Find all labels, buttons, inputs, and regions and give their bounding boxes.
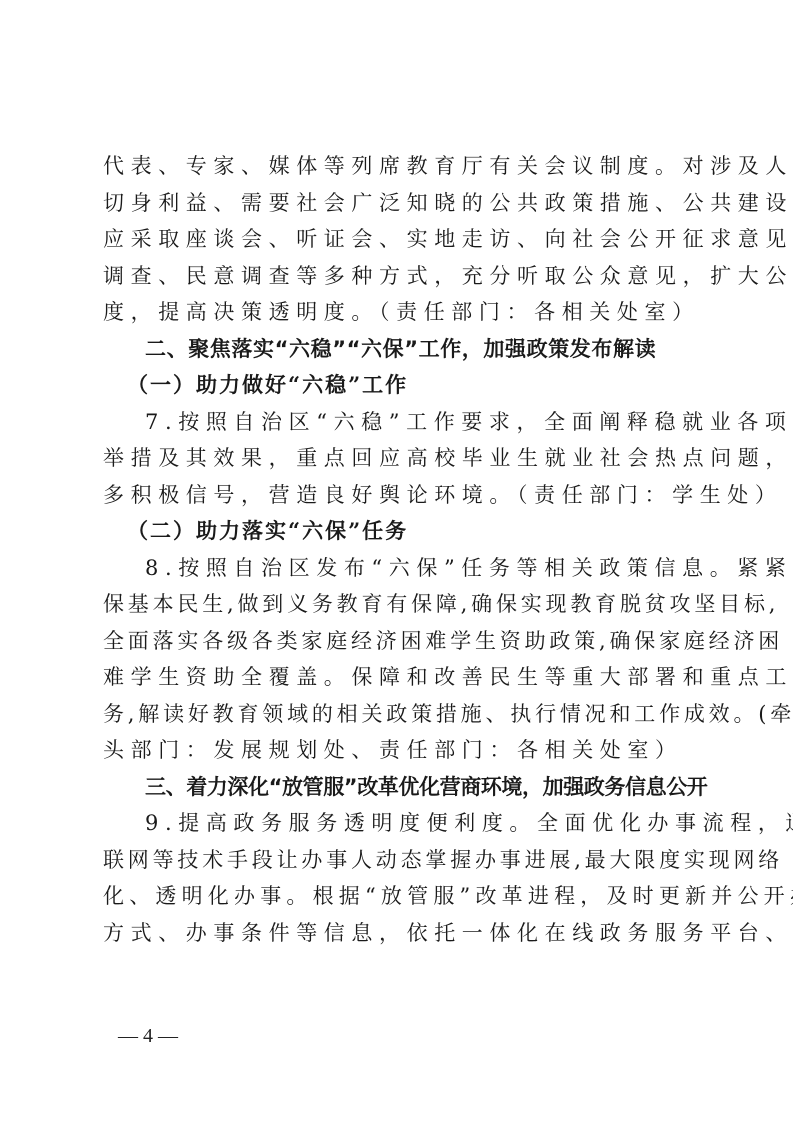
item-8-line: 全面落实各级各类家庭经济困难学生资助政策,确保家庭经济困 [103,623,693,660]
item-7-line: 7.按照自治区“六稳”工作要求，全面阐释稳就业各项政策 [103,404,693,441]
paragraph-line: 应采取座谈会、听证会、实地走访、向社会公开征求意见、问卷 [103,221,693,258]
item-8-line: 保基本民生,做到义务教育有保障,确保实现教育脱贫攻坚目标, [103,586,693,623]
item-9-line: 联网等技术手段让办事人动态掌握办事进展,最大限度实现网络 [103,842,693,879]
item-9-line: 化、透明化办事。根据“放管服”改革进程，及时更新并公开办事 [103,878,693,915]
item-7-line: 多积极信号，营造良好舆论环境。（责任部门：学生处） [103,477,693,514]
item-9-line: 方式、办事条件等信息，依托一体化在线政务服务平台、政务服 [103,915,693,952]
paragraph-line: 调查、民意调查等多种方式，充分听取公众意见，扩大公众参与 [103,258,693,295]
section-heading-3: 三、着力深化“放管服”改革优化营商环境，加强政务信息公开 [103,769,693,806]
item-8-line: 务,解读好教育领域的相关政策措施、执行情况和工作成效。(牵 [103,696,693,733]
subsection-heading-2: （二）助力落实“六保”任务 [103,513,693,550]
document-body: 代表、专家、媒体等列席教育厅有关会议制度。对涉及人民群众 切身利益、需要社会广泛… [103,148,693,951]
subsection-heading-1: （一）助力做好“六稳”工作 [103,367,693,404]
page-number: — 4 — [118,1025,178,1048]
item-8-line: 难学生资助全覆盖。保障和改善民生等重大部署和重点工作任 [103,659,693,696]
item-9-line: 9.提高政务服务透明度便利度。全面优化办事流程，通过互 [103,805,693,842]
item-8-line: 头部门：发展规划处、责任部门：各相关处室） [103,732,693,769]
item-8-line: 8.按照自治区发布“六保”任务等相关政策信息。紧紧围绕 [103,550,693,587]
paragraph-line: 度，提高决策透明度。（责任部门：各相关处室） [103,294,693,331]
paragraph-line: 切身利益、需要社会广泛知晓的公共政策措施、公共建设项目， [103,185,693,222]
document-page: 代表、专家、媒体等列席教育厅有关会议制度。对涉及人民群众 切身利益、需要社会广泛… [0,0,793,1122]
paragraph-line: 代表、专家、媒体等列席教育厅有关会议制度。对涉及人民群众 [103,148,693,185]
item-7-line: 举措及其效果，重点回应高校毕业生就业社会热点问题，释放更 [103,440,693,477]
section-heading-2: 二、聚焦落实“六稳”“六保”工作，加强政策发布解读 [103,331,693,368]
